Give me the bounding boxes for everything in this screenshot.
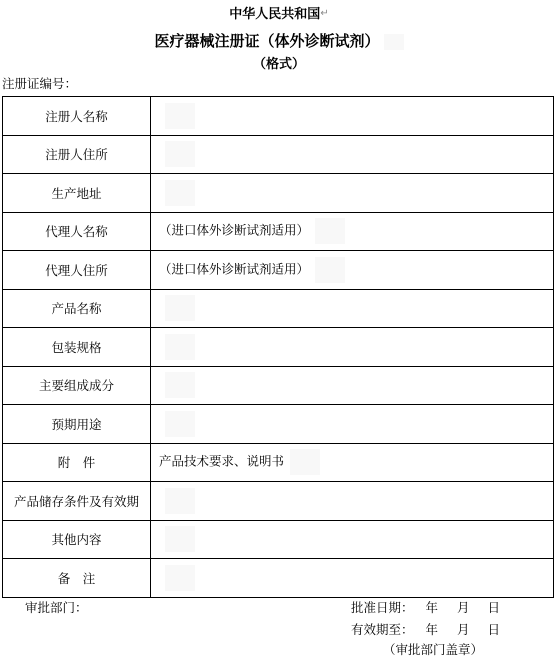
table-row: 主要组成成分 (3, 366, 554, 405)
month-label: 月 (457, 601, 470, 615)
line-break-mark-icon: ↵ (320, 8, 328, 19)
table-row: 注册人名称 (3, 97, 554, 136)
artifact-blob (384, 34, 404, 50)
row-label-storage-conditions-shelf-life: 产品储存条件及有效期 (3, 482, 151, 521)
approval-department-label: 审批部门： (25, 601, 88, 615)
artifact-blob (165, 565, 195, 591)
artifact-blob (165, 488, 195, 514)
day-label: 日 (488, 601, 501, 615)
table-row: 产品储存条件及有效期 (3, 482, 554, 521)
table-row: 代理人住所 （进口体外诊断试剂适用） (3, 251, 554, 290)
artifact-blob (290, 449, 320, 475)
field-product-name[interactable] (151, 289, 554, 328)
row-label-intended-use: 预期用途 (3, 405, 151, 444)
year-label: 年 (426, 601, 439, 615)
field-value: 产品技术要求、说明书 (159, 455, 284, 469)
field-registrant-address[interactable] (151, 135, 554, 174)
field-intended-use[interactable] (151, 405, 554, 444)
row-label-product-name: 产品名称 (3, 289, 151, 328)
artifact-blob (165, 103, 195, 129)
title-format: （格式） (0, 56, 558, 72)
table-row: 产品名称 (3, 289, 554, 328)
row-label-main-components: 主要组成成分 (3, 366, 151, 405)
year-label: 年 (426, 623, 439, 637)
table-row: 其他内容 (3, 520, 554, 559)
artifact-blob (165, 141, 195, 167)
registration-number-label: 注册证编号： (2, 76, 558, 92)
row-label-attachments: 附 件 (3, 443, 151, 482)
title-certificate: 医疗器械注册证（体外诊断试剂） (0, 33, 558, 51)
row-label-agent-address: 代理人住所 (3, 251, 151, 290)
field-production-address[interactable] (151, 174, 554, 213)
table-row: 附 件 产品技术要求、说明书 (3, 443, 554, 482)
approval-date-label: 批准日期： (351, 601, 414, 615)
artifact-blob (165, 334, 195, 360)
field-main-components[interactable] (151, 366, 554, 405)
table-row: 代理人名称 （进口体外诊断试剂适用） (3, 212, 554, 251)
row-label-production-address: 生产地址 (3, 174, 151, 213)
footer: 审批部门： 批准日期：年月日 有效期至：年月日 （审批部门盖章） (0, 598, 558, 662)
row-label-packaging-spec: 包装规格 (3, 328, 151, 367)
artifact-blob (315, 218, 345, 244)
artifact-blob (165, 295, 195, 321)
table-row: 备 注 (3, 559, 554, 598)
day-label: 日 (488, 623, 501, 637)
seal-note: （审批部门盖章） (383, 643, 483, 657)
title-country-text: 中华人民共和国 (229, 6, 320, 21)
field-storage-conditions-shelf-life[interactable] (151, 482, 554, 521)
month-label: 月 (457, 623, 470, 637)
artifact-blob (165, 180, 195, 206)
field-packaging-spec[interactable] (151, 328, 554, 367)
field-remarks[interactable] (151, 559, 554, 598)
field-agent-address[interactable]: （进口体外诊断试剂适用） (151, 251, 554, 290)
row-label-remarks: 备 注 (3, 559, 151, 598)
artifact-blob (165, 411, 195, 437)
valid-until-line: 有效期至：年月日 (351, 623, 500, 637)
row-label-registrant-address: 注册人住所 (3, 135, 151, 174)
title-country: 中华人民共和国↵ (0, 6, 558, 22)
artifact-blob (165, 526, 195, 552)
title-certificate-text: 医疗器械注册证（体外诊断试剂） (154, 33, 379, 50)
row-label-other-content: 其他内容 (3, 520, 151, 559)
artifact-blob (165, 372, 195, 398)
table-row: 包装规格 (3, 328, 554, 367)
certificate-table: 注册人名称 注册人住所 生产地址 代理人名称 （进口体外诊断试剂适用） 代理人住… (2, 96, 554, 598)
field-value: （进口体外诊断试剂适用） (159, 262, 309, 276)
row-label-agent-name: 代理人名称 (3, 212, 151, 251)
artifact-blob (315, 257, 345, 283)
field-other-content[interactable] (151, 520, 554, 559)
table-row: 预期用途 (3, 405, 554, 444)
row-label-registrant-name: 注册人名称 (3, 97, 151, 136)
valid-until-label: 有效期至： (351, 623, 414, 637)
field-attachments[interactable]: 产品技术要求、说明书 (151, 443, 554, 482)
approval-date-line: 批准日期：年月日 (351, 601, 500, 615)
table-row: 注册人住所 (3, 135, 554, 174)
document-page: 中华人民共和国↵ 医疗器械注册证（体外诊断试剂） （格式） 注册证编号： 注册人… (0, 0, 558, 662)
field-agent-name[interactable]: （进口体外诊断试剂适用） (151, 212, 554, 251)
field-registrant-name[interactable] (151, 97, 554, 136)
table-row: 生产地址 (3, 174, 554, 213)
field-value: （进口体外诊断试剂适用） (159, 224, 309, 238)
